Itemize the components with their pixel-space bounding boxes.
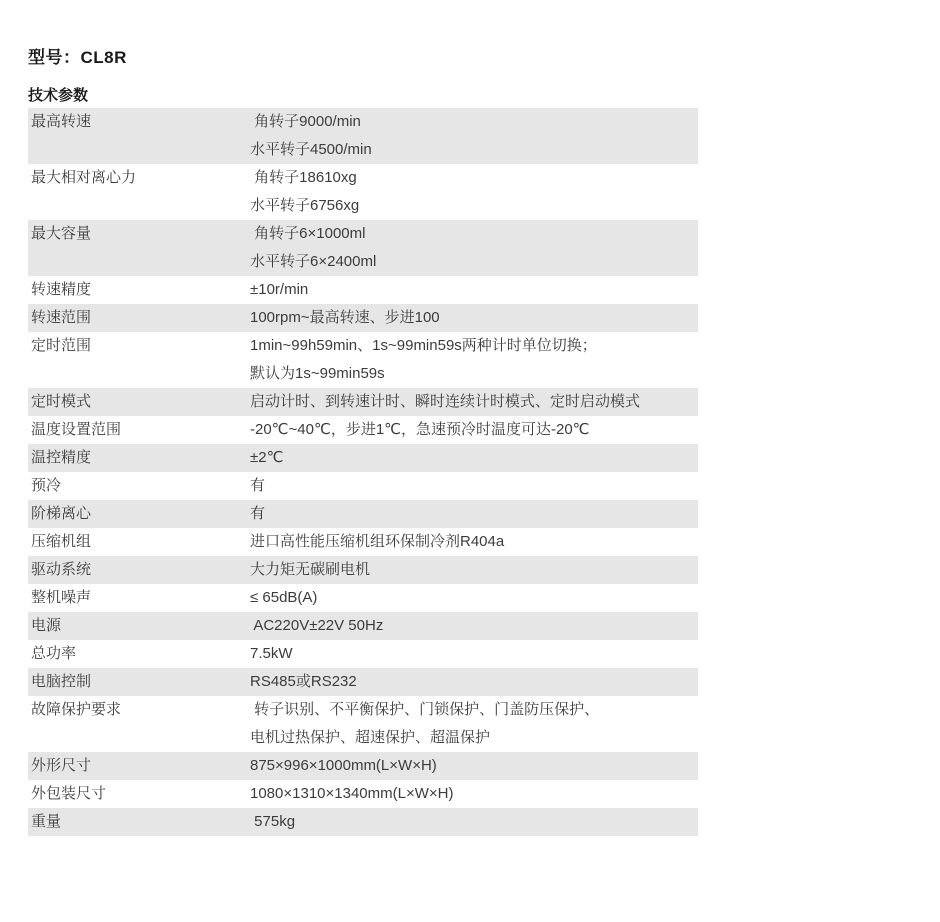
spec-label: 温控精度: [28, 444, 250, 472]
spec-value: 有: [250, 472, 698, 500]
spec-value-line: 7.5kW: [250, 640, 698, 668]
spec-label: 定时模式: [28, 388, 250, 416]
spec-table: 最高转速 角转子9000/min 水平转子4500/min 最大相对离心力 角转…: [28, 108, 698, 836]
spec-value-line: 100rpm~最高转速、步进100: [250, 304, 698, 332]
spec-value-line: 转子识别、不平衡保护、门锁保护、门盖防压保护、: [250, 696, 698, 724]
spec-value: 100rpm~最高转速、步进100: [250, 304, 698, 332]
spec-value: -20℃~40℃，步进1℃，急速预冷时温度可达-20℃: [250, 416, 698, 444]
spec-label: 驱动系统: [28, 556, 250, 584]
spec-label: 外包装尺寸: [28, 780, 250, 808]
spec-value: 7.5kW: [250, 640, 698, 668]
spec-row-speed-range: 转速范围 100rpm~最高转速、步进100: [28, 304, 698, 332]
spec-row-noise: 整机噪声 ≤ 65dB(A): [28, 584, 698, 612]
page-title-model: 型号：CL8R: [28, 43, 127, 68]
spec-row-max-speed: 最高转速 角转子9000/min 水平转子4500/min: [28, 108, 698, 164]
spec-row-fault-protection: 故障保护要求 转子识别、不平衡保护、门锁保护、门盖防压保护、 电机过热保护、超速…: [28, 696, 698, 752]
spec-label: 最大相对离心力: [28, 164, 250, 192]
spec-row-dimensions: 外形尺寸 875×996×1000mm(L×W×H): [28, 752, 698, 780]
spec-label: 整机噪声: [28, 584, 250, 612]
spec-label: 电脑控制: [28, 668, 250, 696]
spec-row-max-rcf: 最大相对离心力 角转子18610xg 水平转子6756xg: [28, 164, 698, 220]
spec-value-line: 电机过热保护、超速保护、超温保护: [250, 724, 698, 752]
spec-value-line: 有: [250, 472, 698, 500]
spec-value: 角转子18610xg 水平转子6756xg: [250, 164, 698, 220]
spec-label: 最高转速: [28, 108, 250, 136]
spec-value-line: 水平转子4500/min: [250, 136, 698, 164]
spec-label: 故障保护要求: [28, 696, 250, 724]
spec-row-power-supply: 电源 AC220V±22V 50Hz: [28, 612, 698, 640]
spec-value-line: 大力矩无碳刷电机: [250, 556, 698, 584]
spec-label: 重量: [28, 808, 250, 836]
spec-value: 大力矩无碳刷电机: [250, 556, 698, 584]
spec-value-line: 启动计时、到转速计时、瞬时连续计时模式、定时启动模式: [250, 388, 698, 416]
spec-value-line: 水平转子6×2400ml: [250, 248, 698, 276]
spec-label: 预冷: [28, 472, 250, 500]
spec-value-line: 有: [250, 500, 698, 528]
spec-value-line: 进口高性能压缩机组环保制冷剂R404a: [250, 528, 698, 556]
spec-value: 575kg: [250, 808, 698, 836]
spec-row-temp-range: 温度设置范围 -20℃~40℃，步进1℃，急速预冷时温度可达-20℃: [28, 416, 698, 444]
spec-row-step-centrifuge: 阶梯离心 有: [28, 500, 698, 528]
spec-value-line: 875×996×1000mm(L×W×H): [250, 752, 698, 780]
spec-value-line: 默认为1s~99min59s: [250, 360, 698, 388]
spec-row-compressor: 压缩机组 进口高性能压缩机组环保制冷剂R404a: [28, 528, 698, 556]
spec-value: ±10r/min: [250, 276, 698, 304]
spec-row-weight: 重量 575kg: [28, 808, 698, 836]
spec-value: 转子识别、不平衡保护、门锁保护、门盖防压保护、 电机过热保护、超速保护、超温保护: [250, 696, 698, 752]
spec-value: ≤ 65dB(A): [250, 584, 698, 612]
spec-label: 转速范围: [28, 304, 250, 332]
spec-value: 1080×1310×1340mm(L×W×H): [250, 780, 698, 808]
spec-value-line: -20℃~40℃，步进1℃，急速预冷时温度可达-20℃: [250, 416, 698, 444]
spec-value: 进口高性能压缩机组环保制冷剂R404a: [250, 528, 698, 556]
spec-value: 角转子9000/min 水平转子4500/min: [250, 108, 698, 164]
spec-label: 电源: [28, 612, 250, 640]
spec-value-line: 角转子18610xg: [250, 164, 698, 192]
spec-value-line: 角转子9000/min: [250, 108, 698, 136]
spec-value-line: 角转子6×1000ml: [250, 220, 698, 248]
spec-row-precool: 预冷 有: [28, 472, 698, 500]
spec-value: 启动计时、到转速计时、瞬时连续计时模式、定时启动模式: [250, 388, 698, 416]
section-title-tech-params: 技术参数: [28, 84, 88, 105]
spec-row-temp-accuracy: 温控精度 ±2℃: [28, 444, 698, 472]
spec-label: 压缩机组: [28, 528, 250, 556]
spec-value: ±2℃: [250, 444, 698, 472]
spec-row-computer-control: 电脑控制 RS485或RS232: [28, 668, 698, 696]
spec-label: 定时范围: [28, 332, 250, 360]
spec-value-line: 1min~99h59min、1s~99min59s两种计时单位切换；: [250, 332, 698, 360]
spec-row-timer-mode: 定时模式 启动计时、到转速计时、瞬时连续计时模式、定时启动模式: [28, 388, 698, 416]
spec-label: 转速精度: [28, 276, 250, 304]
spec-label: 外形尺寸: [28, 752, 250, 780]
spec-row-speed-accuracy: 转速精度 ±10r/min: [28, 276, 698, 304]
spec-value-line: 1080×1310×1340mm(L×W×H): [250, 780, 698, 808]
spec-value-line: RS485或RS232: [250, 668, 698, 696]
spec-value-line: AC220V±22V 50Hz: [250, 612, 698, 640]
spec-value-line: ±10r/min: [250, 276, 698, 304]
spec-value: AC220V±22V 50Hz: [250, 612, 698, 640]
spec-value: 有: [250, 500, 698, 528]
spec-value-line: ±2℃: [250, 444, 698, 472]
spec-value-line: 575kg: [250, 808, 698, 836]
spec-value-line: ≤ 65dB(A): [250, 584, 698, 612]
spec-value: 875×996×1000mm(L×W×H): [250, 752, 698, 780]
spec-label: 阶梯离心: [28, 500, 250, 528]
spec-label: 总功率: [28, 640, 250, 668]
spec-row-package-dimensions: 外包装尺寸 1080×1310×1340mm(L×W×H): [28, 780, 698, 808]
spec-value: 角转子6×1000ml 水平转子6×2400ml: [250, 220, 698, 276]
spec-label: 最大容量: [28, 220, 250, 248]
spec-value: RS485或RS232: [250, 668, 698, 696]
spec-row-total-power: 总功率 7.5kW: [28, 640, 698, 668]
spec-value: 1min~99h59min、1s~99min59s两种计时单位切换； 默认为1s…: [250, 332, 698, 388]
spec-row-drive-system: 驱动系统 大力矩无碳刷电机: [28, 556, 698, 584]
spec-row-timer-range: 定时范围 1min~99h59min、1s~99min59s两种计时单位切换； …: [28, 332, 698, 388]
spec-label: 温度设置范围: [28, 416, 250, 444]
spec-value-line: 水平转子6756xg: [250, 192, 698, 220]
spec-row-max-capacity: 最大容量 角转子6×1000ml 水平转子6×2400ml: [28, 220, 698, 276]
